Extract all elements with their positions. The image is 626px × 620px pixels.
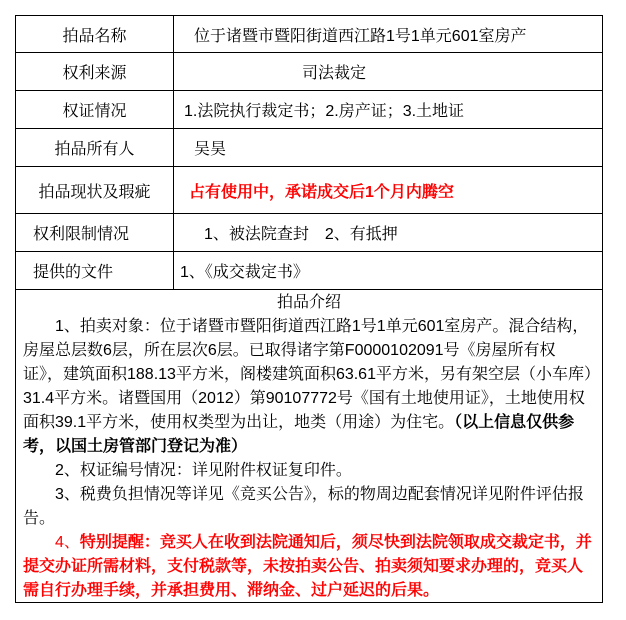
row-rights-source-label: 权利来源 (16, 53, 174, 90)
row-status-defects-label: 拍品现状及瑕疵 (16, 167, 174, 213)
row-restrictions: 权利限制情况 1、被法院查封 2、有抵押 (16, 214, 602, 252)
row-item-name: 拍品名称 位于诸暨市暨阳街道西江路1号1单元601室房产 (16, 16, 602, 53)
introduction-title: 拍品介绍 (23, 291, 595, 315)
intro-paragraph-certificate-numbers: 2、权证编号情况：详见附件权证复印件。 (23, 459, 595, 483)
row-certificates: 权证情况 1.法院执行裁定书；2.房产证；3.土地证 (16, 91, 602, 129)
intro-paragraph-taxes: 3、税费负担情况等详见《竞买公告》，标的物周边配套情况详见附件评估报告。 (23, 483, 595, 531)
row-owner: 拍品所有人 吴昊 (16, 129, 602, 167)
row-item-name-value: 位于诸暨市暨阳街道西江路1号1单元601室房产 (174, 16, 602, 52)
row-rights-source-value: 司法裁定 (174, 53, 602, 90)
row-owner-value: 吴昊 (174, 129, 602, 166)
intro-p4-number: 4、 (55, 534, 80, 551)
row-status-defects: 拍品现状及瑕疵 占有使用中，承诺成交后1个月内腾空 (16, 167, 602, 214)
row-certificates-label: 权证情况 (16, 91, 174, 128)
intro-paragraph-auction-object: 1、拍卖对象：位于诸暨市暨阳街道西江路1号1单元601室房产。混合结构，房屋总层… (23, 315, 595, 459)
row-owner-label: 拍品所有人 (16, 129, 174, 166)
row-documents: 提供的文件 1、《成交裁定书》 (16, 252, 602, 290)
row-documents-label: 提供的文件 (16, 252, 174, 289)
intro-paragraph-special-reminder: 4、特别提醒：竞买人在收到法院通知后，须尽快到法院领取成交裁定书，并提交办证所需… (23, 531, 595, 602)
row-certificates-value: 1.法院执行裁定书；2.房产证；3.土地证 (174, 91, 602, 128)
intro-p4-reminder-text: 特别提醒：竞买人在收到法院通知后，须尽快到法院领取成交裁定书，并提交办证所需材料… (23, 534, 592, 599)
row-restrictions-value: 1、被法院查封 2、有抵押 (174, 214, 602, 251)
section-introduction: 拍品介绍 1、拍卖对象：位于诸暨市暨阳街道西江路1号1单元601室房产。混合结构… (16, 290, 602, 602)
row-restrictions-label: 权利限制情况 (16, 214, 174, 251)
row-item-name-label: 拍品名称 (16, 16, 174, 52)
row-documents-value: 1、《成交裁定书》 (174, 252, 602, 289)
row-rights-source: 权利来源 司法裁定 (16, 53, 602, 91)
row-status-defects-value: 占有使用中，承诺成交后1个月内腾空 (174, 167, 602, 213)
auction-info-table: 拍品名称 位于诸暨市暨阳街道西江路1号1单元601室房产 权利来源 司法裁定 权… (15, 15, 603, 603)
